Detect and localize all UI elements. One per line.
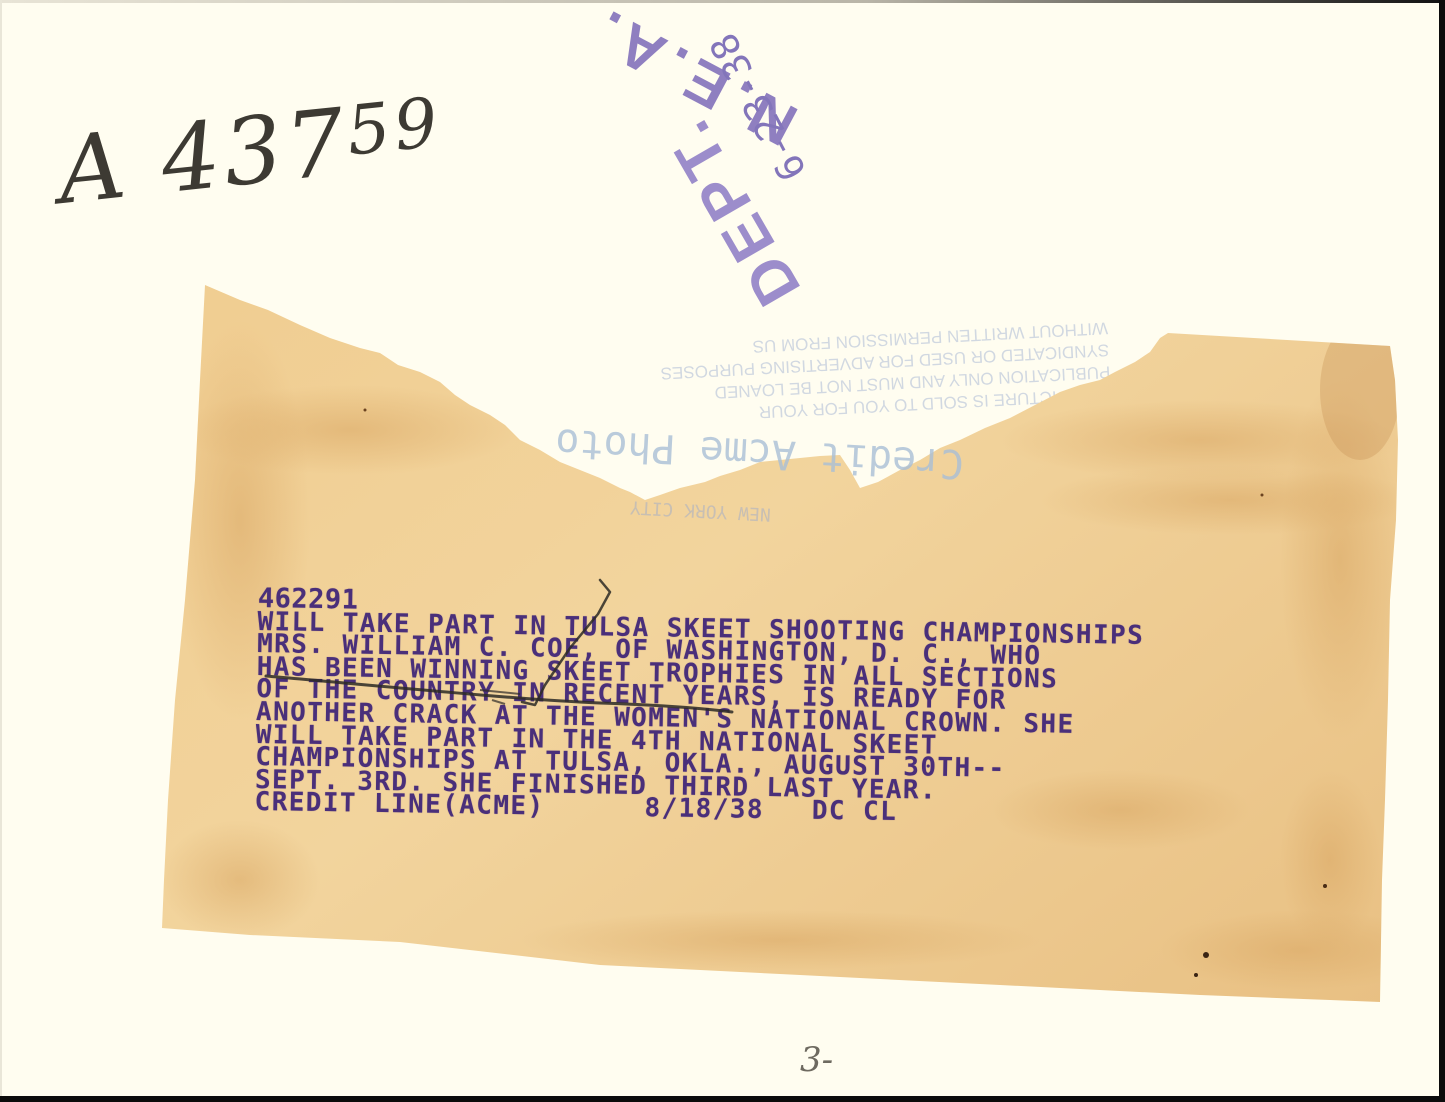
scan-border-left (0, 0, 2, 1102)
pencil-page-number: 3- (800, 1040, 833, 1080)
bleed-through-credit: Credit Acme Photo (554, 419, 965, 486)
handwritten-archive-number: A 43759 (53, 78, 448, 225)
archive-prefix: A (53, 111, 134, 225)
caption-initials: DC CL (812, 800, 898, 824)
archive-suffix: 59 (343, 83, 445, 171)
agency-date-stamp: N.E.A. 6-23-38 DEPT. (560, 0, 860, 300)
scan-border-bottom (0, 1096, 1445, 1102)
bleed-through-notice: THIS PICTURE IS SOLD TO YOU FOR YOUR PUB… (588, 316, 1112, 431)
archive-main: 437 (156, 88, 354, 214)
photo-caption: 462291 WILL TAKE PART IN TULSA SKEET SHO… (254, 588, 1267, 830)
scan-border-right (1439, 0, 1445, 1102)
credit-line: CREDIT LINE(ACME) (254, 791, 544, 818)
bleed-through-city: NEW YORK CITY (630, 496, 772, 524)
caption-date: 8/18/38 (644, 797, 764, 821)
